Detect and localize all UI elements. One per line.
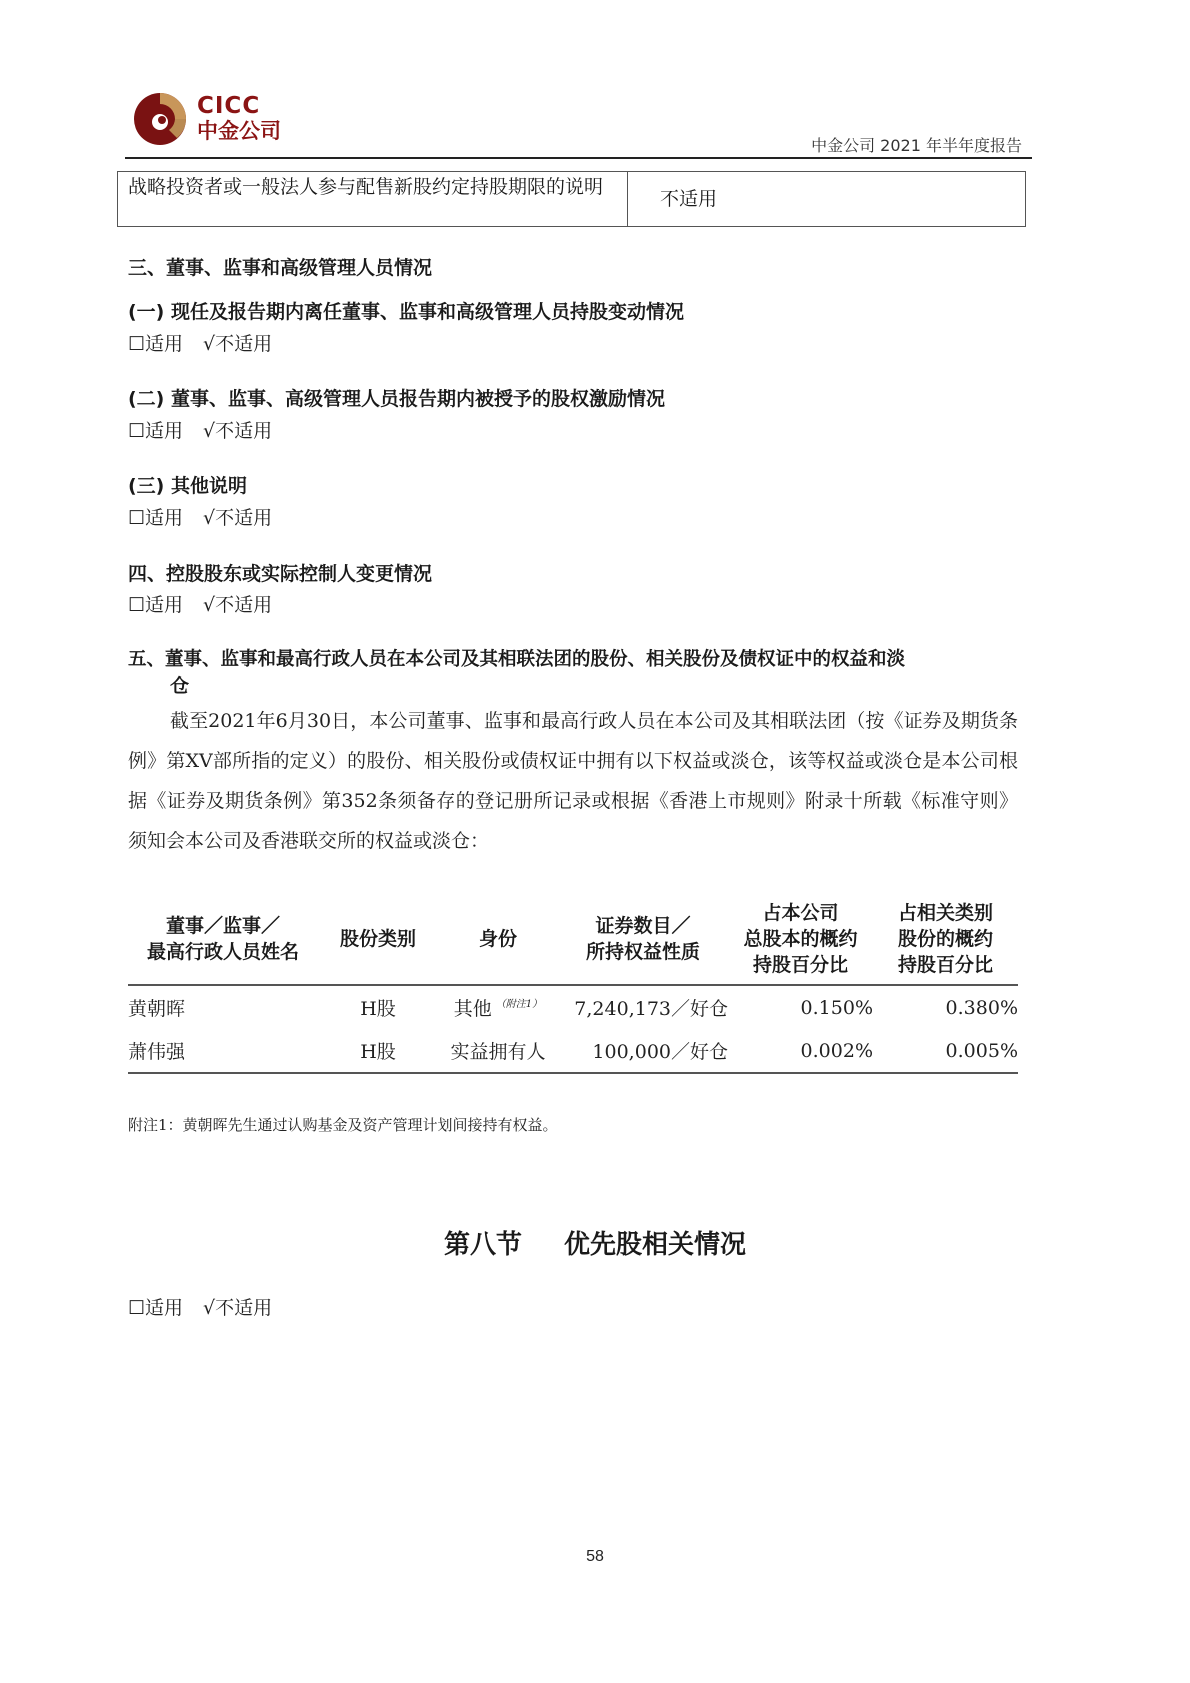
section-5-paragraph: 截至2021年6月30日，本公司董事、监事和最高行政人员在本公司及其相联法团（按… [128, 701, 1018, 861]
cell-pct-class: 0.005% [873, 1029, 1018, 1073]
header-pct-total: 占本公司总股本的概约持股百分比 [728, 900, 873, 985]
header-pct-class: 占相关类别股份的概约持股百分比 [873, 900, 1018, 985]
logo-text-en: CICC [197, 94, 260, 118]
table-row: 黄朝晖 H股 其他（附注1） 7,240,173／好仓 0.150% 0.380… [128, 985, 1018, 1029]
applicability-3-2: ☐适用√不适用 [128, 416, 272, 443]
header-divider [125, 157, 1032, 159]
section-3-1-heading: (一) 现任及报告期内离任董事、监事和高级管理人员持股变动情况 [128, 297, 684, 324]
not-applicable-option: √不适用 [203, 594, 272, 616]
section-3-3-heading: (三) 其他说明 [128, 471, 247, 498]
table-row: 萧伟强 H股 实益拥有人 100,000／好仓 0.002% 0.005% [128, 1029, 1018, 1073]
applicability-3-3: ☐适用√不适用 [128, 503, 272, 530]
table-header-row: 董事／监事／最高行政人员姓名 股份类别 身份 证券数目／所持权益性质 占本公司总… [128, 900, 1018, 985]
cicc-logo-icon [133, 92, 187, 146]
applicable-option: ☐适用 [128, 1297, 183, 1319]
page-number: 58 [0, 1548, 1190, 1566]
cell-securities: 100,000／好仓 [558, 1029, 728, 1073]
not-applicable-option: √不适用 [203, 507, 272, 529]
logo-text-cn: 中金公司 [197, 119, 281, 143]
cell-pct-total: 0.002% [728, 1029, 873, 1073]
section-3-2-heading: (二) 董事、监事、高级管理人员报告期内被授予的股权激励情况 [128, 384, 665, 411]
applicable-option: ☐适用 [128, 594, 183, 616]
cell-pct-class: 0.380% [873, 985, 1018, 1029]
cell-class: H股 [318, 1029, 438, 1073]
footnote-ref: （附注1） [496, 999, 542, 1010]
cell-class: H股 [318, 985, 438, 1029]
cell-name: 黄朝晖 [128, 985, 318, 1029]
holdings-table: 董事／监事／最高行政人员姓名 股份类别 身份 证券数目／所持权益性质 占本公司总… [128, 900, 1018, 1074]
report-title: 中金公司 2021 年半年度报告 [811, 133, 1022, 156]
applicable-option: ☐适用 [128, 420, 183, 442]
cell-capacity: 其他（附注1） [438, 985, 558, 1029]
chapter-heading: 第八节优先股相关情况 [0, 1224, 1190, 1261]
applicability-4: ☐适用√不适用 [128, 590, 272, 617]
header-name: 董事／监事／最高行政人员姓名 [128, 900, 318, 985]
not-applicable-option: √不适用 [203, 1297, 272, 1319]
chapter-title: 优先股相关情况 [564, 1230, 746, 1260]
lockup-table: 战略投资者或一般法人参与配售新股约定持股期限的说明 不适用 [117, 171, 1026, 227]
section-3-heading: 三、董事、监事和高级管理人员情况 [128, 253, 432, 280]
section-5-heading: 五、董事、监事和最高行政人员在本公司及其相联法团的股份、相关股份及债权证中的权益… [128, 645, 1028, 671]
not-applicable-option: √不适用 [203, 420, 272, 442]
applicable-option: ☐适用 [128, 333, 183, 355]
cell-securities: 7,240,173／好仓 [558, 985, 728, 1029]
cell-name: 萧伟强 [128, 1029, 318, 1073]
header-share-class: 股份类别 [318, 900, 438, 985]
not-applicable-option: √不适用 [203, 333, 272, 355]
applicable-option: ☐适用 [128, 507, 183, 529]
lockup-label: 战略投资者或一般法人参与配售新股约定持股期限的说明 [118, 172, 628, 226]
applicability-3-1: ☐适用√不适用 [128, 329, 272, 356]
lockup-value: 不适用 [628, 172, 1025, 226]
cell-capacity: 实益拥有人 [438, 1029, 558, 1073]
header-capacity: 身份 [438, 900, 558, 985]
cell-pct-total: 0.150% [728, 985, 873, 1029]
table-footnote: 附注1：黄朝晖先生通过认购基金及资产管理计划间接持有权益。 [128, 1114, 558, 1135]
applicability-chapter-8: ☐适用√不适用 [128, 1293, 272, 1320]
section-5-heading-cont: 仓 [170, 671, 189, 698]
cicc-logo: CICC 中金公司 [133, 92, 283, 150]
chapter-number: 第八节 [444, 1230, 522, 1260]
header-securities: 证券数目／所持权益性质 [558, 900, 728, 985]
section-4-heading: 四、控股股东或实际控制人变更情况 [128, 559, 432, 586]
